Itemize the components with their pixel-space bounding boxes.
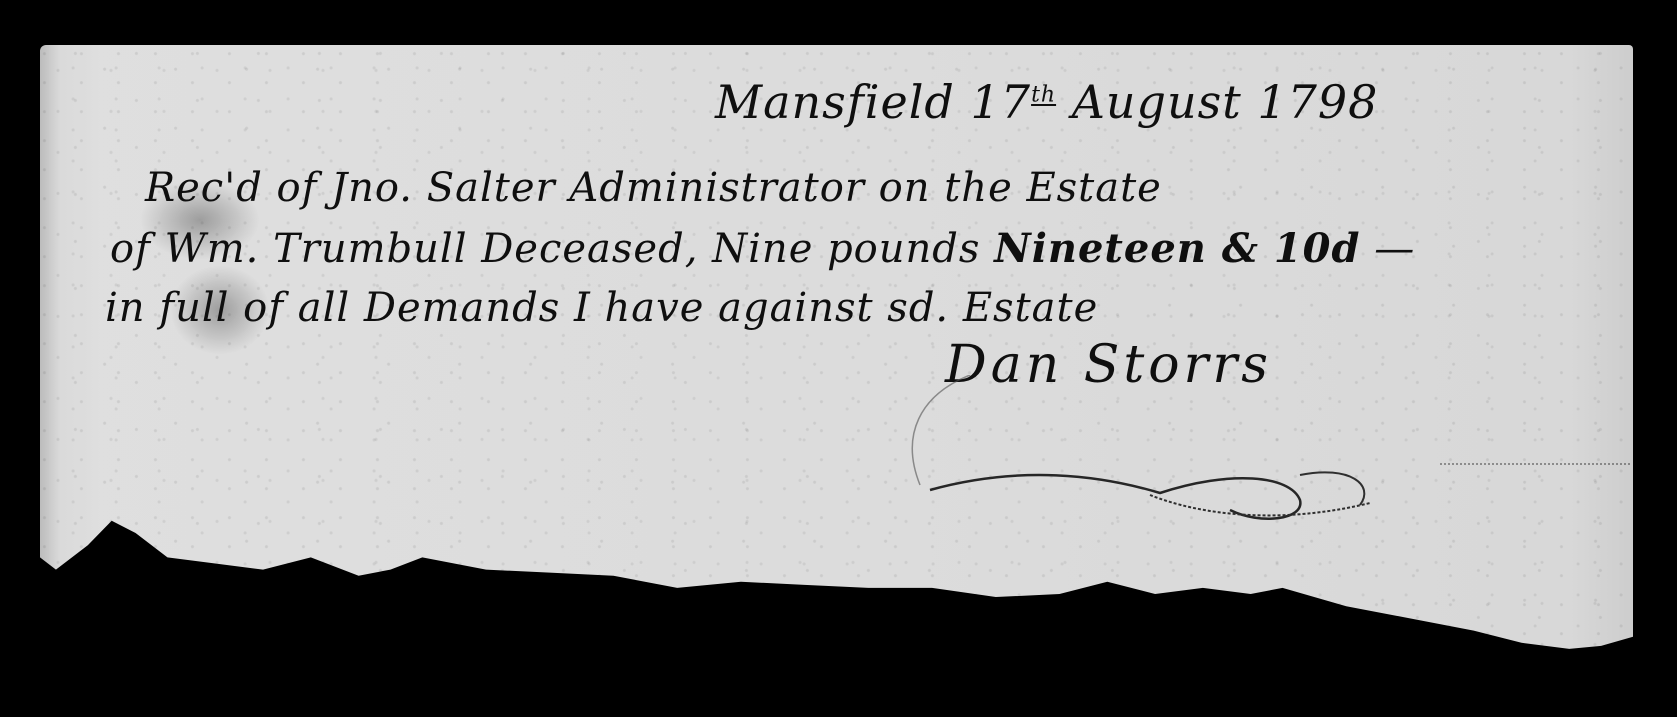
day-suffix: th	[1031, 83, 1056, 108]
year: 1798	[1257, 75, 1378, 129]
month: August	[1072, 75, 1242, 129]
place-date-heading: Mansfield 17th August 1798	[715, 75, 1378, 129]
fold-crease	[1440, 463, 1630, 465]
line-2-dash: —	[1360, 226, 1415, 272]
day: 17	[971, 75, 1032, 129]
line-2-text: of Wm. Trumbull Deceased, Nine pounds	[110, 226, 994, 272]
receipt-line-2: of Wm. Trumbull Deceased, Nine pounds Ni…	[110, 225, 1415, 272]
receipt-line-1: Rec'd of Jno. Salter Administrator on th…	[145, 165, 1162, 211]
scan-background: Mansfield 17th August 1798 Rec'd of Jno.…	[0, 0, 1677, 717]
receipt-paper: Mansfield 17th August 1798 Rec'd of Jno.…	[40, 45, 1633, 655]
signature: Dan Storrs	[945, 335, 1272, 395]
signature-flourish-icon	[900, 375, 1380, 525]
receipt-line-3: in full of all Demands I have against sd…	[105, 285, 1098, 331]
paper-texture	[40, 45, 1633, 655]
place: Mansfield	[715, 75, 955, 129]
amount-text: Nineteen & 10d	[994, 225, 1360, 272]
